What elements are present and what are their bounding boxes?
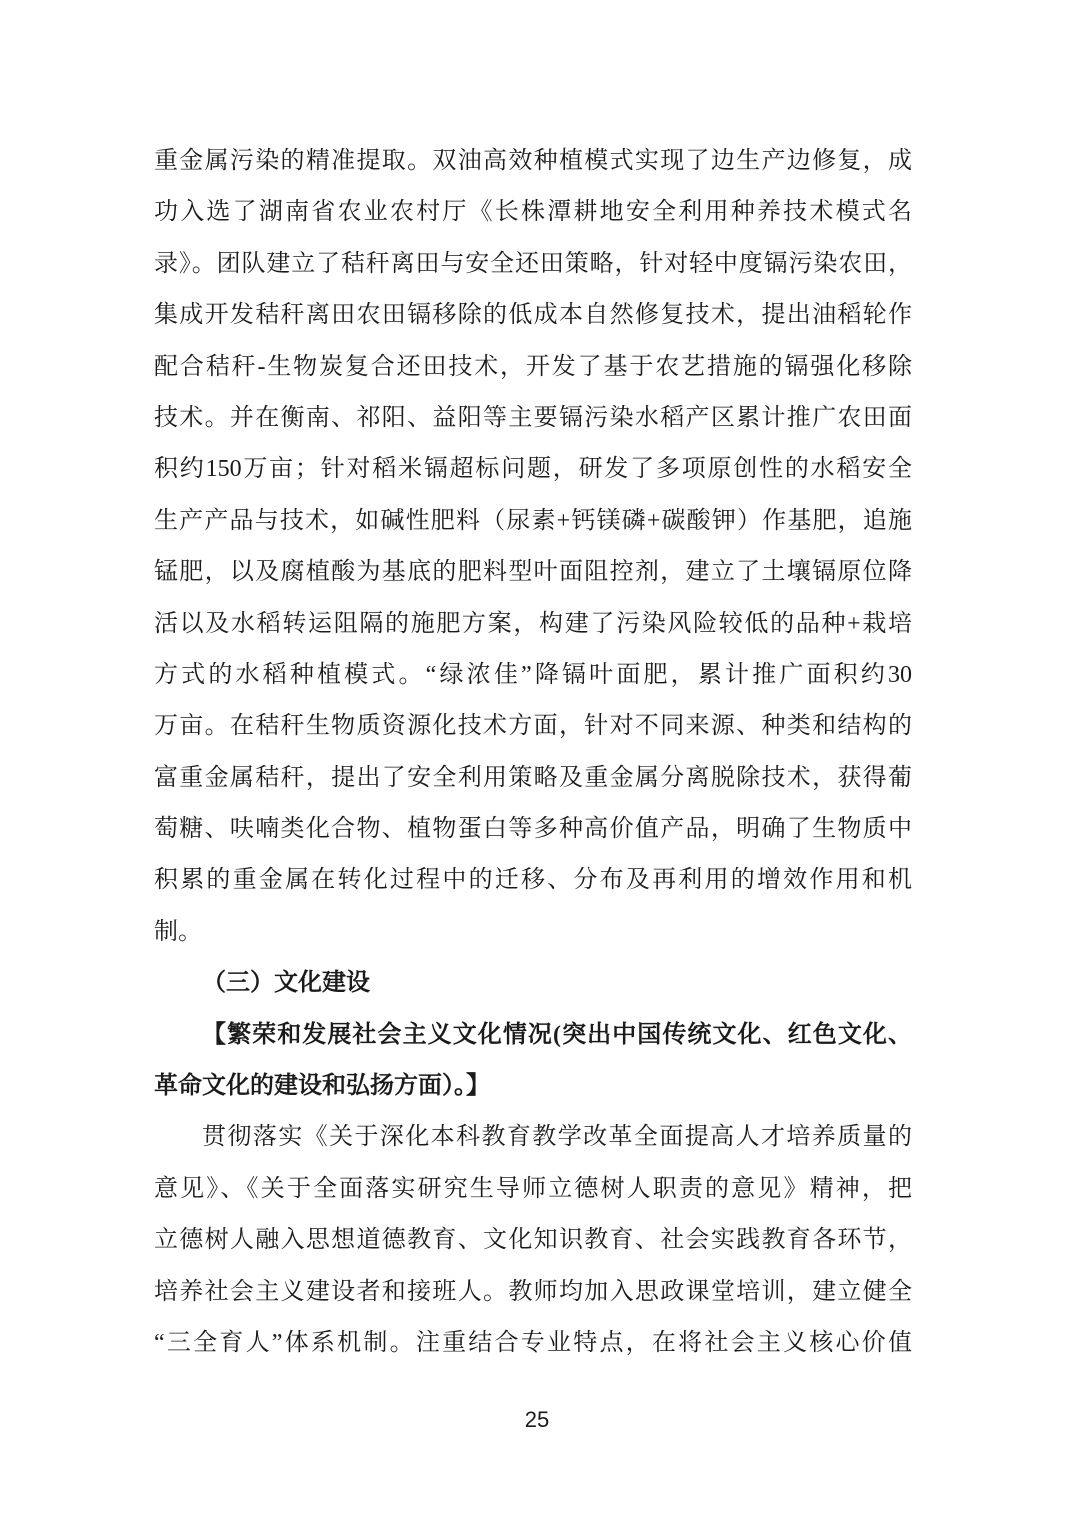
text-line: 活以及水稻转运阻隔的施肥方案，构建了污染风险较低的品种+栽培 xyxy=(154,599,912,650)
text-line: 功入选了湖南省农业农村厅《长株潭耕地安全利用种养技术模式名 xyxy=(154,187,912,238)
document-body-text: 重金属污染的精准提取。双油高效种植模式实现了边生产边修复，成功入选了湖南省农业农… xyxy=(154,136,912,1369)
text-line: 方式的水稻种植模式。“绿浓佳”降镉叶面肥，累计推广面积约30 xyxy=(154,650,912,701)
document-page: 重金属污染的精准提取。双油高效种植模式实现了边生产边修复，成功入选了湖南省农业农… xyxy=(0,0,1074,1520)
text-line: 技术。并在衡南、祁阳、益阳等主要镉污染水稻产区累计推广农田面 xyxy=(154,393,912,444)
text-line: （三）文化建设 xyxy=(154,958,912,1009)
text-line: 积累的重金属在转化过程中的迁移、分布及再利用的增效作用和机 xyxy=(154,855,912,906)
text-line: 集成开发秸秆离田农田镉移除的低成本自然修复技术，提出油稻轮作 xyxy=(154,290,912,341)
text-line: 培养社会主义建设者和接班人。教师均加入思政课堂培训，建立健全 xyxy=(154,1267,912,1318)
text-line: 贯彻落实《关于深化本科教育教学改革全面提高人才培养质量的 xyxy=(154,1112,912,1163)
text-line: 录》。团队建立了秸秆离田与安全还田策略，针对轻中度镉污染农田， xyxy=(154,239,912,290)
text-line: 立德树人融入思想道德教育、文化知识教育、社会实践教育各环节， xyxy=(154,1215,912,1266)
text-line: 配合秸秆-生物炭复合还田技术，开发了基于农艺措施的镉强化移除 xyxy=(154,342,912,393)
text-line: 制。 xyxy=(154,907,912,958)
text-line: 万亩。在秸秆生物质资源化技术方面，针对不同来源、种类和结构的 xyxy=(154,701,912,752)
text-line: 重金属污染的精准提取。双油高效种植模式实现了边生产边修复，成 xyxy=(154,136,912,187)
text-line: 【繁荣和发展社会主义文化情况(突出中国传统文化、红色文化、 xyxy=(154,1010,912,1061)
text-line: 富重金属秸秆，提出了安全利用策略及重金属分离脱除技术，获得葡 xyxy=(154,753,912,804)
text-line: 意见》、《关于全面落实研究生导师立德树人职责的意见》精神，把 xyxy=(154,1164,912,1215)
text-line: 积约150万亩；针对稻米镉超标问题，研发了多项原创性的水稻安全 xyxy=(154,444,912,495)
text-line: 锰肥，以及腐植酸为基底的肥料型叶面阻控剂，建立了土壤镉原位降 xyxy=(154,547,912,598)
text-line: 萄糖、呋喃类化合物、植物蛋白等多种高价值产品，明确了生物质中 xyxy=(154,804,912,855)
text-line: “三全育人”体系机制。注重结合专业特点，在将社会主义核心价值 xyxy=(154,1318,912,1369)
page-number: 25 xyxy=(0,1408,1074,1432)
text-line: 生产产品与技术，如碱性肥料（尿素+钙镁磷+碳酸钾）作基肥，追施 xyxy=(154,496,912,547)
text-line: 革命文化的建设和弘扬方面）。】 xyxy=(154,1061,912,1112)
